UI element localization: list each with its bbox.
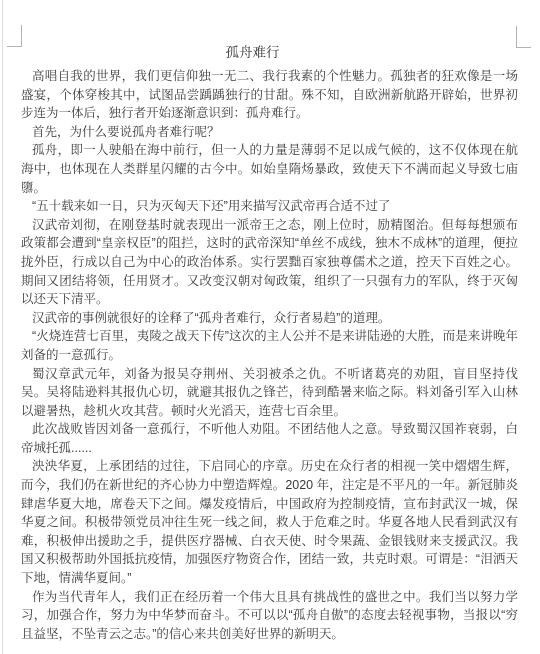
paragraph-5: 汉武帝刘彻，在刚登基时就表现出一派帝王之态，刚上位时，励精图治。但每每想颁布政策… (21, 216, 518, 309)
paragraph-11: 作为当代青年人，我们正在经历着一个伟大且具有挑战性的盛世之中。我们当以努力学习，… (21, 588, 518, 644)
paragraph-8: 蜀汉章武元年，刘备为报吴夺荆州、关羽被杀之仇。不听诸葛亮的劝阻，盲目坚持伐吴。吴… (21, 365, 518, 421)
document-page: 孤舟难行 高唱自我的世界，我们更信仰独一无二、我行我素的个性魅力。孤独者的狂欢像… (0, 0, 540, 654)
paragraph-9: 此次战败皆因刘备一意孤行，不听他人劝阻。不团结他人之意。导致蜀汉国祚衰弱，白帝城… (21, 420, 518, 457)
paragraph-4: “五十载来如一日，只为灭匈天下还”用来描写汉武帝再合适不过了 (21, 197, 518, 216)
document-body: 孤舟难行 高唱自我的世界，我们更信仰独一无二、我行我素的个性魅力。孤独者的狂欢像… (21, 44, 518, 643)
page-edge-line (2, 0, 3, 654)
paragraph-6: 汉武帝的事例就很好的诠释了“孤舟者难行，众行者易趋”的道理。 (21, 309, 518, 328)
paragraph-10: 泱泱华夏，上承团结的过往，下启同心的序章。历史在众行者的相视一笑中熠熠生辉，而今… (21, 457, 518, 587)
margin-crop-mark-top-right (516, 26, 531, 48)
document-title: 孤舟难行 (4, 44, 501, 62)
paragraph-2: 首先，为什么要说孤舟者难行呢？ (21, 123, 518, 142)
paragraph-3: 孤舟，即一人驶船在海中前行，但一人的力量是薄弱不足以成气候的，这不仅体现在航海中… (21, 141, 518, 197)
paragraph-7: “火烧连营七百里，夷陵之战天下传”这次的主人公并不是来讲陆逊的大胜，而是来讲晚年… (21, 327, 518, 364)
paragraph-1: 高唱自我的世界，我们更信仰独一无二、我行我素的个性魅力。孤独者的狂欢像是一场盛宴… (21, 67, 518, 123)
